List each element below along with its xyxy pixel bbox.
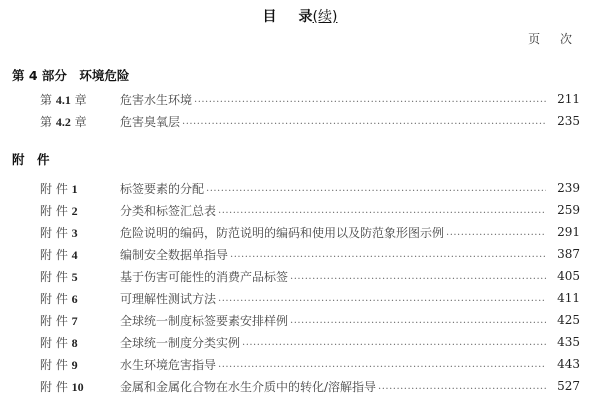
- entry-page: 527: [550, 379, 580, 393]
- entry-title: 分类和标签汇总表: [120, 202, 216, 219]
- leader-dots: ........................................…: [194, 94, 546, 105]
- entry-title: 编制安全数据单指导: [120, 246, 228, 263]
- entry-title: 可理解性测试方法: [120, 290, 216, 307]
- toc-entry-annex-10[interactable]: 附 件 10 金属和金属化合物在水生介质中的转化/溶解指导 ..........…: [40, 376, 580, 396]
- entry-title: 危害水生环境: [120, 91, 192, 108]
- entry-title: 基于伤害可能性的消费产品标签: [120, 268, 288, 285]
- entry-page: 259: [550, 203, 580, 217]
- entry-page: 239: [550, 181, 580, 195]
- toc-entry-annex-5[interactable]: 附 件 5 基于伤害可能性的消费产品标签 ...................…: [40, 266, 580, 286]
- leader-dots: ........................................…: [218, 205, 546, 216]
- toc-entry-annex-2[interactable]: 附 件 2 分类和标签汇总表 .........................…: [40, 200, 580, 220]
- title-continued: (续): [313, 9, 338, 25]
- entry-label: 附 件 9: [40, 356, 120, 373]
- entry-title: 全球统一制度标签要素安排样例: [120, 312, 288, 329]
- entry-page: 235: [550, 114, 580, 128]
- entry-label: 附 件 3: [40, 224, 120, 241]
- toc-entry-chapter-4-2[interactable]: 第 4.2 章 危害臭氧层 ..........................…: [40, 111, 580, 131]
- title-text-1: 目: [263, 9, 277, 25]
- entry-label: 附 件 7: [40, 312, 120, 329]
- toc-entry-annex-1[interactable]: 附 件 1 标签要素的分配 ..........................…: [40, 178, 580, 198]
- toc-entry-annex-3[interactable]: 附 件 3 危险说明的编码，防范说明的编码和使用以及防范象形图示例 ......…: [40, 222, 580, 242]
- entry-title: 全球统一制度分类实例: [120, 334, 240, 351]
- entry-page: 425: [550, 313, 580, 327]
- entry-page: 405: [550, 269, 580, 283]
- entry-title: 金属和金属化合物在水生介质中的转化/溶解指导: [120, 378, 376, 395]
- section-heading-annexes: 附 件: [12, 150, 50, 168]
- entry-title: 危险说明的编码，防范说明的编码和使用以及防范象形图示例: [120, 224, 444, 241]
- toc-entry-annex-9[interactable]: 附 件 9 水生环境危害指导 .........................…: [40, 354, 580, 374]
- entry-title: 标签要素的分配: [120, 180, 204, 197]
- entry-title: 危害臭氧层: [120, 113, 180, 130]
- entry-label: 附 件 1: [40, 180, 120, 197]
- entry-label: 第 4.1 章: [40, 91, 120, 108]
- entry-page: 211: [550, 92, 580, 106]
- leader-dots: ........................................…: [218, 359, 546, 370]
- leader-dots: ........................................…: [182, 116, 546, 127]
- leader-dots: ........................................…: [206, 183, 546, 194]
- entry-label: 附 件 6: [40, 290, 120, 307]
- entry-page: 387: [550, 247, 580, 261]
- entry-title: 水生环境危害指导: [120, 356, 216, 373]
- entry-label: 第 4.2 章: [40, 113, 120, 130]
- page-column-header: 页 次: [528, 30, 580, 47]
- toc-entry-annex-6[interactable]: 附 件 6 可理解性测试方法 .........................…: [40, 288, 580, 308]
- page-title: 目录(续): [0, 6, 600, 26]
- section-heading-part4: 第 4 部分 环境危险: [12, 66, 129, 84]
- entry-label: 附 件 8: [40, 334, 120, 351]
- toc-entry-annex-4[interactable]: 附 件 4 编制安全数据单指导 ........................…: [40, 244, 580, 264]
- leader-dots: ........................................…: [242, 337, 546, 348]
- entry-label: 附 件 4: [40, 246, 120, 263]
- toc-entry-chapter-4-1[interactable]: 第 4.1 章 危害水生环境 .........................…: [40, 89, 580, 109]
- leader-dots: ........................................…: [218, 293, 546, 304]
- title-text-2: 录: [299, 9, 313, 25]
- entry-page: 411: [550, 291, 580, 305]
- entry-label: 附 件 5: [40, 268, 120, 285]
- toc-entry-annex-7[interactable]: 附 件 7 全球统一制度标签要素安排样例 ...................…: [40, 310, 580, 330]
- leader-dots: ........................................…: [290, 315, 546, 326]
- leader-dots: ........................................…: [290, 271, 546, 282]
- leader-dots: ........................................…: [446, 227, 546, 238]
- entry-page: 443: [550, 357, 580, 371]
- toc-entry-annex-8[interactable]: 附 件 8 全球统一制度分类实例 .......................…: [40, 332, 580, 352]
- entry-page: 291: [550, 225, 580, 239]
- entry-label: 附 件 10: [40, 378, 120, 395]
- leader-dots: ........................................…: [230, 249, 546, 260]
- leader-dots: ........................................…: [378, 381, 546, 392]
- entry-label: 附 件 2: [40, 202, 120, 219]
- entry-page: 435: [550, 335, 580, 349]
